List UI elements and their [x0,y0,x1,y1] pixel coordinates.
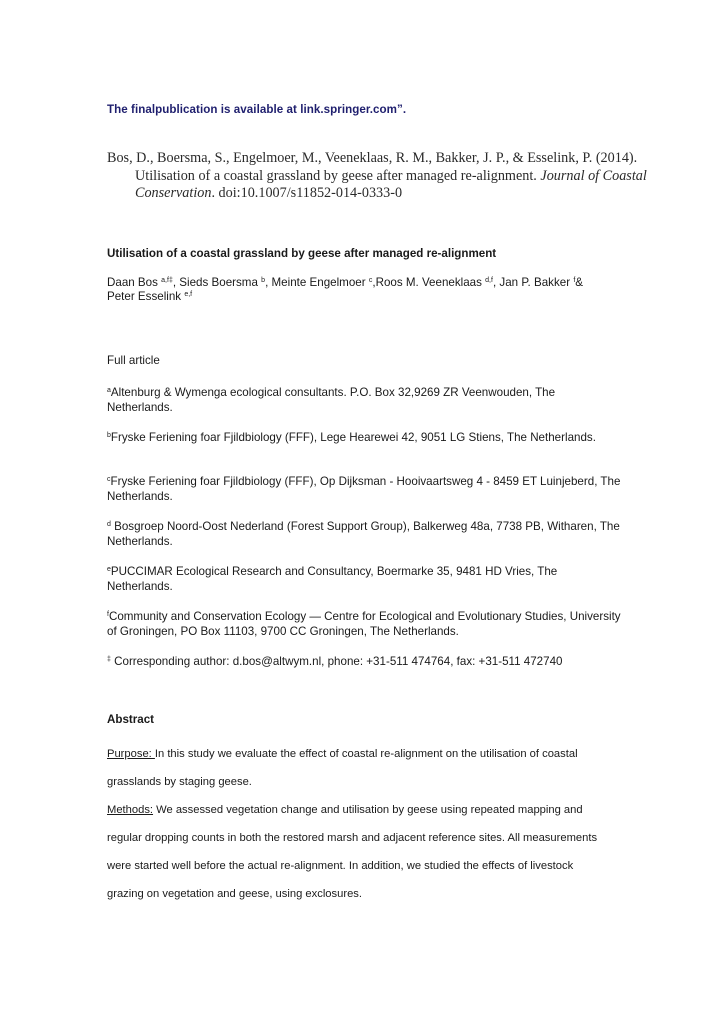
affiliation-c: cFryske Feriening foar Fjildbiology (FFF… [107,475,622,504]
corresponding-author: ‡ Corresponding author: d.bos@altwym.nl,… [107,655,622,670]
methods-label: Methods: [107,804,153,816]
affiliation-text: Community and Conservation Ecology — Cen… [107,610,621,638]
article-title: Utilisation of a coastal grassland by ge… [107,247,627,260]
abstract-methods: Methods: We assessed vegetation change a… [107,796,612,908]
author: Meinte Engelmoer [272,276,366,289]
section-label: Full article [107,354,627,367]
publication-note: The finalpublication is available at lin… [107,103,627,116]
affiliation-e: ePUCCIMAR Ecological Research and Consul… [107,565,622,594]
author-affiliation-marker: e,f [184,291,192,298]
author-list: Daan Bos a,f‡, Sieds Boersma b, Meinte E… [107,276,622,304]
author: Daan Bos [107,276,158,289]
affiliation-d: d Bosgroep Noord-Oost Nederland (Forest … [107,520,622,549]
corresponding-author-text: Corresponding author: d.bos@altwym.nl, p… [111,655,563,668]
author-affiliation-marker: a,f‡ [161,277,173,284]
affiliation-text: Fryske Feriening foar Fjildbiology (FFF)… [111,431,596,444]
affiliation-text: PUCCIMAR Ecological Research and Consult… [107,565,557,593]
abstract-heading: Abstract [107,713,627,726]
abstract-body: Purpose: In this study we evaluate the e… [107,740,612,908]
author: Jan P. Bakker [499,276,570,289]
affiliation-b: bFryske Feriening foar Fjildbiology (FFF… [107,431,622,446]
citation: Bos, D., Boersma, S., Engelmoer, M., Vee… [107,150,655,203]
author: Peter Esselink [107,290,181,303]
affiliation-text: Bosgroep Noord-Oost Nederland (Forest Su… [107,520,620,548]
abstract-purpose: Purpose: In this study we evaluate the e… [107,740,612,796]
affiliation-f: fCommunity and Conservation Ecology — Ce… [107,610,622,639]
author-affiliation-marker: d,f [485,277,493,284]
author: Sieds Boersma [179,276,258,289]
citation-doi: . doi:10.1007/s11852-014-0333-0 [211,185,402,201]
affiliation-text: Altenburg & Wymenga ecological consultan… [107,386,555,414]
purpose-label: Purpose: [107,748,155,760]
purpose-text: In this study we evaluate the effect of … [107,748,578,788]
author: Roos M. Veeneklaas [376,276,482,289]
affiliation-text: Fryske Feriening foar Fjildbiology (FFF)… [107,475,620,503]
methods-text: We assessed vegetation change and utilis… [107,804,597,900]
affiliation-a: aAltenburg & Wymenga ecological consulta… [107,386,622,415]
author-separator: & [575,276,583,289]
